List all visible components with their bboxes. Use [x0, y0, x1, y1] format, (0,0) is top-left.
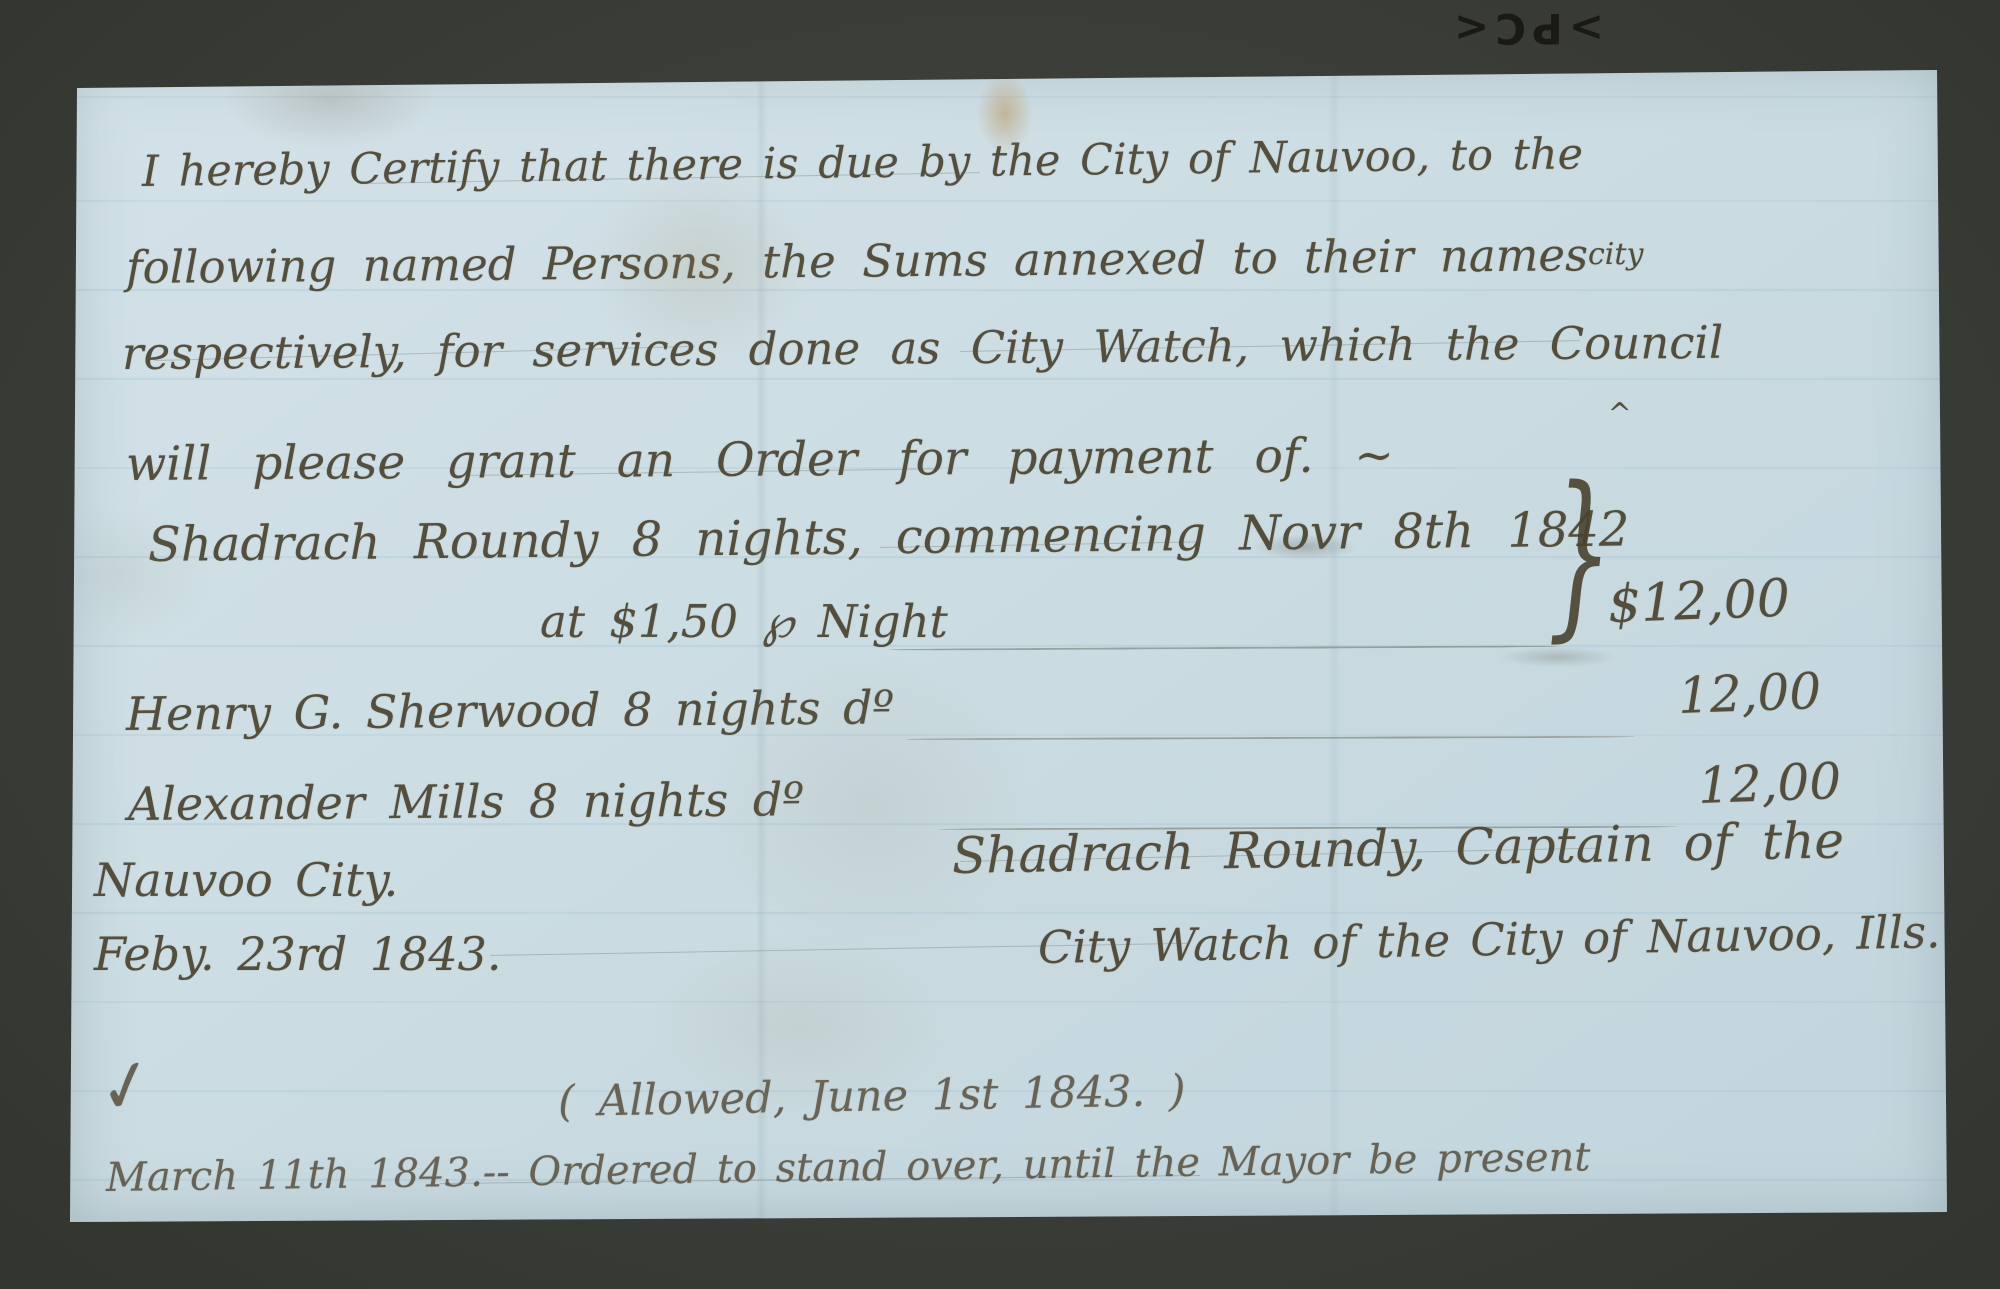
certify-line-4: will please grant an Order for payment o…: [126, 428, 1394, 492]
certify-line-1: I hereby Certify that there is due by th…: [142, 129, 1584, 197]
signature-name: Shadrach Roundy, Captain of the: [951, 811, 1844, 885]
check-mark: ✓: [93, 1041, 161, 1134]
march-note: March 11th 1843.-- Ordered to stand over…: [106, 1134, 1591, 1201]
allowed-note: ( Allowed, June 1st 1843. ): [558, 1066, 1186, 1127]
entry-roundy: Shadrach Roundy 8 nights, commencing Nov…: [148, 501, 1630, 573]
amount-roundy: $12,00: [1607, 569, 1791, 635]
certify-line-2: following named Persons, the Sums annexe…: [126, 228, 1589, 294]
rate-per-night: at $1,50 ℘ Night: [540, 595, 948, 648]
signature-title: City Watch of the City of Nauvoo, Ills.: [1038, 905, 1941, 974]
certify-line-3: respectively, for services done as City …: [122, 316, 1724, 380]
ledger-dash: [905, 736, 1635, 741]
amount-mills: 12,00: [1697, 752, 1842, 815]
caret-mark: ^: [1608, 397, 1631, 430]
amount-sherwood: 12,00: [1677, 662, 1822, 725]
inserted-word-city: city: [1588, 237, 1643, 272]
paper-stains: [60, 55, 1955, 1227]
corner-stamp: >PC<: [1448, 4, 1604, 53]
place-line: Nauvoo City.: [94, 853, 398, 907]
ledger-dash: [888, 645, 1560, 651]
entry-mills: Alexander Mills 8 nights dº: [128, 772, 804, 831]
entry-sherwood: Henry G. Sherwood 8 nights dº: [126, 680, 895, 741]
brace-mark: }: [1548, 450, 1613, 659]
document-paper: I hereby Certify that there is due by th…: [60, 55, 1955, 1227]
date-line: Feby. 23rd 1843.: [94, 927, 501, 981]
photo-backdrop: >PC< I hereby Certify that there is due …: [0, 0, 2000, 1289]
